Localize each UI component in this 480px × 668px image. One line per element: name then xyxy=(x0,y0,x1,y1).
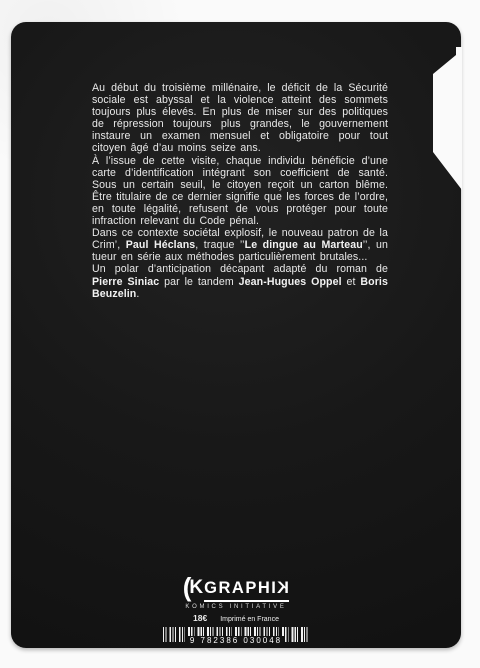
synopsis-text-block: Au début du troisième millénaire, le déf… xyxy=(92,82,388,300)
killer-alias: Le dingue au Marteau xyxy=(245,239,363,251)
character-name: Paul Héclans xyxy=(126,239,196,251)
publisher-logo: (KGRAPHIK xyxy=(11,577,461,602)
die-cut-notch xyxy=(431,47,462,193)
synopsis-paragraph-3: Dans ce contexte sociétal explosif, le n… xyxy=(92,227,388,263)
printed-in-france-label: Imprimé en France xyxy=(220,616,279,623)
credits-text: Un polar d’anticipation décapant adapté … xyxy=(92,263,388,275)
publisher-tagline: KOMICS INITIATIVE xyxy=(11,604,461,610)
photo-background: Au début du troisième millénaire, le déf… xyxy=(0,0,480,668)
credits-paragraph: Un polar d’anticipation décapant adapté … xyxy=(92,263,388,299)
credits-text: par le tandem xyxy=(159,276,238,288)
isbn-digits: 9 782386 030048 xyxy=(188,636,284,645)
writer-name: Jean-Hugues Oppel xyxy=(239,276,342,288)
book-back-cover: Au début du troisième millénaire, le déf… xyxy=(11,22,461,648)
synopsis-paragraph-2: À l’issue de cette visite, chaque indivi… xyxy=(92,155,388,228)
barcode: 9 782386 030048 xyxy=(163,627,309,645)
logo-mirrored-k: K xyxy=(277,578,289,598)
credits-text: . xyxy=(136,288,139,300)
logo-monogram-k: K xyxy=(189,577,203,598)
barcode-number: 9 782386 030048 xyxy=(163,636,309,645)
price-row: 18€Imprimé en France xyxy=(11,613,461,623)
logo-wordmark-underline: GRAPHIK xyxy=(204,578,289,602)
paragraph-3-text: , traque ’’ xyxy=(195,239,244,251)
author-name: Pierre Siniac xyxy=(92,276,159,288)
credits-text: et xyxy=(342,276,361,288)
publisher-block: (KGRAPHIK KOMICS INITIATIVE 18€Imprimé e… xyxy=(11,577,461,645)
price-label: 18€ xyxy=(193,613,207,623)
synopsis-paragraph-1: Au début du troisième millénaire, le déf… xyxy=(92,82,388,155)
logo-wordmark: GRAPHI xyxy=(204,579,277,597)
